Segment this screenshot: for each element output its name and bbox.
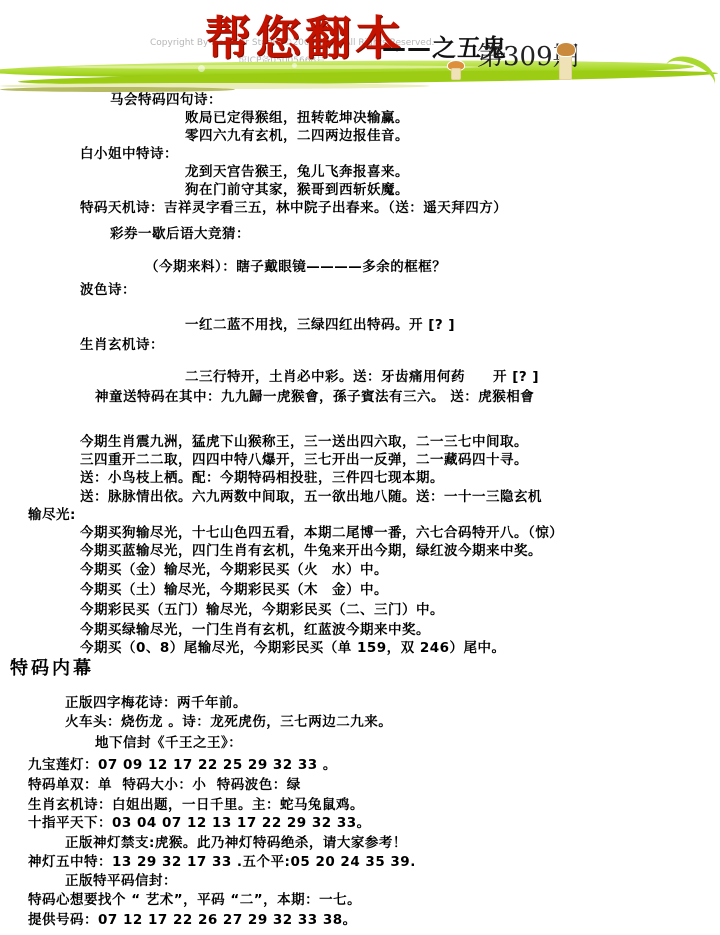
text-line: 正版四字梅花诗：两千年前。 — [65, 695, 247, 712]
text-line: 今期买（土）输尽光，今期彩民买（木 金）中。 — [80, 582, 388, 599]
text-line: 彩券一歇后语大竞猜： — [110, 226, 250, 243]
text-line: 二三行特开，土肖必中彩。送：牙齿痛用何药 开 [? ] — [185, 369, 539, 386]
text-line: 地下信封《千王之王》： — [95, 735, 242, 752]
text-line: 正版神灯禁支:虎猴。此乃神灯特码绝杀，请大家参考！ — [65, 835, 407, 852]
text-line: 十指平天下：03 04 07 12 13 17 22 29 32 33。 — [28, 815, 371, 832]
text-line: 火车头：烧伤龙 。诗：龙死虎伤，三七两边二九来。 — [65, 714, 392, 731]
text-line: 波色诗： — [80, 282, 136, 299]
text-line: 神灯五中特：13 29 32 17 33 .五个平:05 20 24 35 39… — [28, 854, 416, 871]
text-line: 败局已定得猴组，扭转乾坤决输赢。 — [185, 110, 409, 127]
section-heading: 特码内幕 — [10, 660, 94, 677]
text-line: 特码心想要找个 “ 艺术”，平码 “二”，本期：一七。 — [28, 892, 361, 909]
text-line: 神童送特码在其中：九九歸一虎猴會，孫子賓法有三六。 送：虎猴相會 — [95, 389, 534, 406]
text-line: 今期买狗输尽光，十七山色四五看，本期二尾博一番，六七合码特开八。（惊） — [80, 525, 563, 542]
text-line: 零四六九有玄机，二四两边报佳音。 — [185, 128, 409, 145]
page: { "header": { "title": "帮您翻本", "subtitle… — [0, 0, 720, 935]
text-line: 今期买（金）输尽光，今期彩民买（火 水）中。 — [80, 562, 388, 579]
document-body: 马会特码四句诗：败局已定得猴组，扭转乾坤决输赢。零四六九有玄机，二四两边报佳音。… — [0, 0, 720, 935]
text-line: 输尽光: — [28, 507, 76, 524]
text-line: 今期彩民买（五门）输尽光，今期彩民买（二、三门）中。 — [80, 602, 444, 619]
text-line: 生肖玄机诗： — [80, 337, 164, 354]
text-line: 送：脉脉情出依。六九两数中间取，五一欲出地八随。送：一十一三隐玄机 — [80, 489, 542, 506]
text-line: 一红二蓝不用找，三绿四红出特码。开 [? ] — [185, 317, 455, 334]
text-line: 白小姐中特诗： — [80, 146, 178, 163]
text-line: 生肖玄机诗：白姐出题，一日千里。主：蛇马兔鼠鸡。 — [28, 797, 364, 814]
text-line: 今期买绿输尽光，一门生肖有玄机，红蓝波今期来中奖。 — [80, 622, 430, 639]
text-line: 三四重开二二取，四四中特八爆开，三七开出一反弹，二一藏码四十寻。 — [80, 452, 528, 469]
text-line: 送：小鸟枝上栖。配：今期特码相投驻，三件四七现本期。 — [80, 470, 444, 487]
text-line: 今期生肖震九洲，猛虎下山猴称王，三一送出四六取，二一三七中间取。 — [80, 434, 528, 451]
text-line: 狗在门前守其家，猴哥到西斩妖魔。 — [185, 182, 409, 199]
text-line: 特码单双：单 特码大小：小 特码波色：绿 — [28, 777, 301, 794]
text-line: 今期买（0、8）尾输尽光，今期彩民买（单 159，双 246）尾中。 — [80, 640, 506, 657]
text-line: 提供号码：07 12 17 22 26 27 29 32 33 38。 — [28, 912, 357, 929]
text-line: 马会特码四句诗： — [110, 92, 222, 109]
text-line: （今期来料）：瞎子戴眼镜————多余的框框？ — [145, 259, 446, 276]
text-line: 九宝莲灯：07 09 12 17 22 25 29 32 33 。 — [28, 757, 337, 774]
text-line: 特码天机诗：吉祥灵字看三五，林中院子出春来。（送：遥天拜四方） — [80, 200, 507, 217]
text-line: 今期买蓝输尽光，四门生肖有玄机，牛兔来开出今期，绿红波今期来中奖。 — [80, 543, 542, 560]
text-line: 正版特平码信封： — [65, 873, 177, 890]
text-line: 龙到天宫告猴王，兔儿飞奔报喜来。 — [185, 164, 409, 181]
